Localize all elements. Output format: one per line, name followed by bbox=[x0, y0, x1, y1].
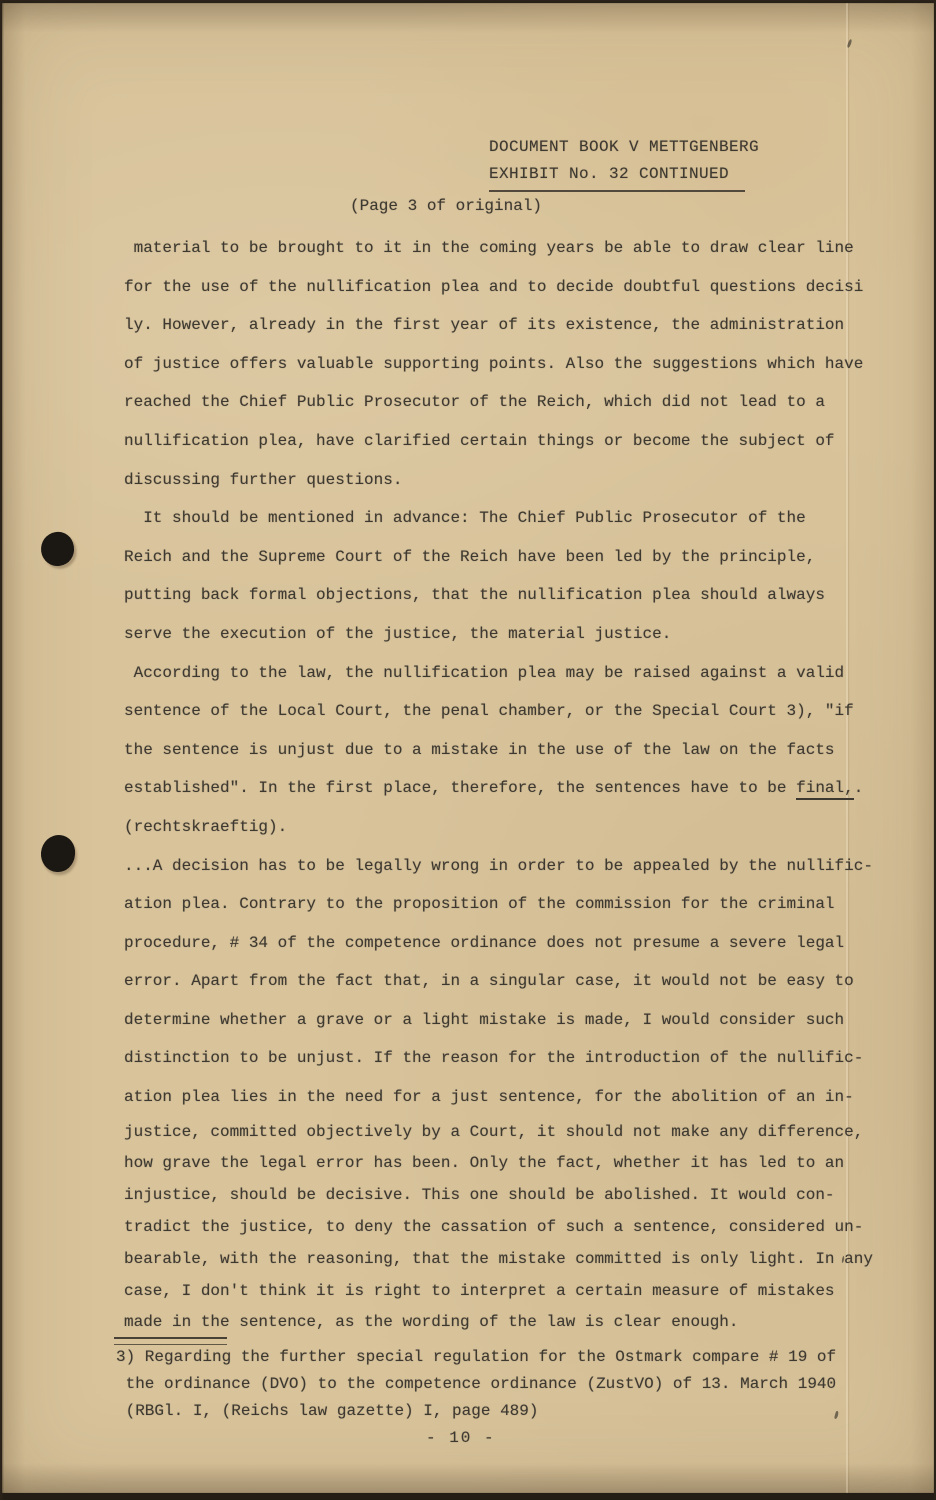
text-line: serve the execution of the justice, the … bbox=[124, 615, 906, 654]
footnote: 3) Regarding the further special regulat… bbox=[116, 1344, 836, 1425]
text-line: sentence of the Local Court, the penal c… bbox=[124, 692, 906, 731]
text-line: ation plea lies in the need for a just s… bbox=[124, 1078, 906, 1117]
text-line: the sentence is unjust due to a mistake … bbox=[124, 731, 906, 770]
hole-punch-top bbox=[39, 530, 76, 568]
document-header: DOCUMENT BOOK V METTGENBERG EXHIBIT No. … bbox=[489, 134, 759, 188]
photo-edge-left bbox=[0, 0, 4, 1500]
footnote-line: the ordinance (DVO) to the competence or… bbox=[116, 1371, 836, 1398]
text-line: nullification plea, have clarified certa… bbox=[124, 422, 906, 461]
text-line: how grave the legal error has been. Only… bbox=[124, 1148, 906, 1180]
text-line: error. Apart from the fact that, in a si… bbox=[124, 962, 906, 1001]
text-line: putting back formal objections, that the… bbox=[124, 576, 906, 615]
paragraph: According to the law, the nullification … bbox=[124, 654, 906, 847]
text-line: injustice, should be decisive. This one … bbox=[124, 1180, 906, 1212]
underlined-word: final, bbox=[796, 779, 854, 800]
text-line: ...A decision has to be legally wrong in… bbox=[124, 847, 906, 886]
text-line: Reich and the Supreme Court of the Reich… bbox=[124, 538, 906, 577]
text-line: justice, committed objectively by a Cour… bbox=[124, 1117, 906, 1149]
page-note: (Page 3 of original) bbox=[350, 197, 542, 215]
text-line: tradict the justice, to deny the cassati… bbox=[124, 1212, 906, 1244]
text-line: It should be mentioned in advance: The C… bbox=[124, 499, 906, 538]
text-line: case, I don't think it is right to inter… bbox=[124, 1276, 906, 1308]
paragraph: ...A decision has to be legally wrong in… bbox=[124, 847, 906, 1340]
photo-edge-bottom bbox=[0, 1492, 936, 1500]
text-line: ly. However, already in the first year o… bbox=[124, 306, 906, 345]
document-page: DOCUMENT BOOK V METTGENBERG EXHIBIT No. … bbox=[2, 3, 934, 1493]
text-line: bearable, with the reasoning, that the m… bbox=[124, 1244, 906, 1276]
footnote-line: (RBGl. I, (Reichs law gazette) I, page 4… bbox=[116, 1398, 836, 1425]
hole-punch-bottom bbox=[39, 834, 76, 874]
text-line: established". In the first place, theref… bbox=[124, 769, 906, 808]
text-line: discussing further questions. bbox=[124, 461, 906, 500]
text-line: made in the sentence, as the wording of … bbox=[124, 1307, 906, 1339]
text-line: According to the law, the nullification … bbox=[124, 654, 906, 693]
footnote-line: 3) Regarding the further special regulat… bbox=[116, 1344, 836, 1371]
paragraph: It should be mentioned in advance: The C… bbox=[124, 499, 906, 653]
text-line: of justice offers valuable supporting po… bbox=[124, 345, 906, 384]
text-line: (rechtskraeftig). bbox=[124, 808, 906, 847]
paragraph: material to be brought to it in the comi… bbox=[124, 229, 906, 499]
text-line: procedure, # 34 of the competence ordina… bbox=[124, 924, 906, 963]
text-line: distinction to be unjust. If the reason … bbox=[124, 1039, 906, 1078]
body-text: material to be brought to it in the comi… bbox=[124, 229, 906, 1339]
text-line: for the use of the nullification plea an… bbox=[124, 268, 906, 307]
photo-edge-top bbox=[0, 0, 936, 4]
text-line: material to be brought to it in the comi… bbox=[124, 229, 906, 268]
header-exhibit-number: EXHIBIT No. 32 CONTINUED bbox=[489, 161, 745, 192]
page-number: - 10 - bbox=[426, 1429, 496, 1447]
text-line: determine whether a grave or a light mis… bbox=[124, 1001, 906, 1040]
text-line: ation plea. Contrary to the proposition … bbox=[124, 885, 906, 924]
text-line: reached the Chief Public Prosecutor of t… bbox=[124, 383, 906, 422]
paper-speck bbox=[834, 1411, 839, 1420]
header-book-title: DOCUMENT BOOK V METTGENBERG bbox=[489, 134, 759, 161]
